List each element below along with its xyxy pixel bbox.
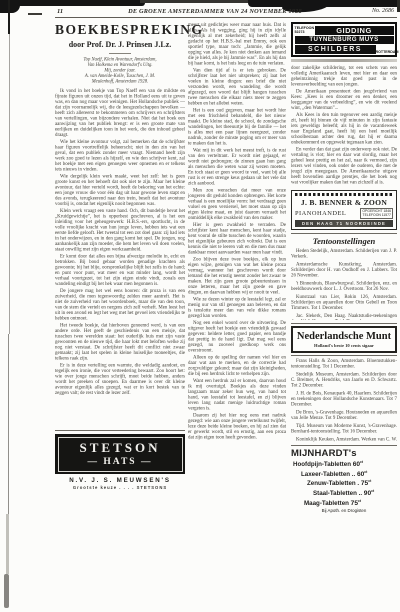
- exhibitions-heading: Tentoonstellingen: [291, 236, 397, 246]
- body-paragraph: Zoo blijven deze twee boekjes, elk op hu…: [188, 257, 286, 296]
- body-paragraph: Alleen op de spelling der namen viel hie…: [188, 355, 286, 377]
- section-rule: [291, 355, 397, 356]
- article-paragraph: Er komt door dat alles een bijna afwezig…: [55, 254, 185, 287]
- mijnhardt-product: Laxeer-Tabletten .. 60ct: [301, 469, 397, 479]
- mijnhardt-footer: Bij Apoth. en Drogisten: [291, 508, 397, 513]
- munt-subtitle: Holland's beste 10 cents sigaar: [294, 343, 394, 348]
- exhibition-item: Frans Halls & Zoon, Amsterdam. Bloemstuk…: [291, 358, 397, 369]
- issue-number: No. 2686: [372, 8, 394, 14]
- article-byline: door Prof. Dr. J. Prinsen J.Lz.: [55, 40, 185, 49]
- body-paragraph: Wie ze dezen winter op de leestafel legt…: [188, 297, 286, 319]
- section-rule: [291, 233, 397, 234]
- benner-title: J. B. BENNER & ZOON: [295, 198, 393, 207]
- exhibition-item: Jac. Slekerk, Den Haag. Naaktstudie-teek…: [291, 313, 397, 320]
- body-paragraph: Van dien tijd af is er iets gebroken. De…: [188, 68, 286, 107]
- product-name: Laxeer-Tabletten ..: [301, 471, 355, 478]
- byline-ornament: [109, 53, 131, 54]
- product-name: Zenuw-Tabletten .: [307, 480, 359, 487]
- column-middle: meest uit gedichtjes weer maar naar huis…: [188, 22, 286, 502]
- exhibitions-list-top: Heden Stedelijk, Amsterdam. Schilderijen…: [291, 248, 397, 320]
- stetson-tagline: Grootste keuze . . . . STETSONS: [55, 485, 185, 490]
- munt-title: Nederlandsche Munt: [294, 331, 394, 342]
- gidding-name: GIDDING: [315, 26, 394, 35]
- article-body: Ik vond in het boekje van Top Naeff een …: [55, 88, 185, 428]
- article-paragraph: Klein werk vraagt een vaste hand. Och, d…: [55, 208, 185, 252]
- munt-ad: Nederlandsche Munt Holland's beste 10 ce…: [291, 326, 397, 353]
- body-paragraph: meest uit gedichtjes weer maar naar huis…: [188, 22, 286, 66]
- scan-smudge: [291, 59, 397, 62]
- price-unit: ct: [364, 470, 367, 474]
- exhibition-item: De Bron, 's-Gravenhage. Houtsneden en aq…: [291, 410, 397, 421]
- body-paragraph: Hier is geen zwakheid te verraden. De sc…: [188, 222, 286, 255]
- page-edge-line: [9, 34, 10, 334]
- page-edge-blob-bottom: [4, 574, 9, 608]
- exhibition-item: Amsterdamsche Kunstkring, Amsterdam. Sch…: [291, 262, 397, 279]
- mijnhardt-title: MIJNHARDT's: [291, 448, 397, 459]
- book-reference: Meulenhoff, Amsterdam 1928.: [55, 79, 185, 85]
- gidding-trade: SCHILDERS: [295, 45, 376, 54]
- section-rule: [55, 430, 185, 431]
- body-paragraph: door zakelijke schildering, tot een sche…: [291, 65, 397, 87]
- gidding-city: ROTTERDAM: [376, 50, 394, 54]
- book-list: Top Naeff, Klein Avontuur, Amsterdam, Va…: [55, 57, 185, 85]
- exhibition-item: Koninklijk Keuken, Amsterdam. Werken van…: [291, 437, 397, 443]
- newspaper-page: 11 DE GROENE AMSTERDAMMER VAN 24 NOVEMBE…: [0, 0, 400, 612]
- stetson-hats-line: — HATS —: [59, 457, 182, 467]
- article-paragraph: Wie het kleine avontuur volgt, zal bemer…: [55, 139, 185, 172]
- header-rule: [55, 17, 397, 18]
- exhibition-item: J. H. de Bois, Kenaupark 40, Haarlem. Sc…: [291, 391, 397, 408]
- column-right: TELEFOON 52273 GIDDING TUYNENBURG MUYS S…: [291, 22, 397, 513]
- mijnhardt-product: Maag-Tabletten 75ct: [304, 498, 397, 508]
- masthead-title: DE GROENE AMSTERDAMMER VAN 24 NOVEMBER 1…: [40, 8, 390, 15]
- stetson-brand: STETSON: [59, 440, 182, 456]
- product-name: Hoofdpijn-Tabletten: [293, 461, 351, 468]
- exhibition-item: Tijd. Museum van Moderne Kunst, 's-Grave…: [291, 423, 397, 434]
- corner-mark-left: [0, 0, 20, 13]
- body-paragraph: Als Kees in den tuin tegenover een aardi…: [291, 112, 397, 145]
- exhibitions-list-bottom: Frans Halls & Zoon, Amsterdam. Bloemstuk…: [291, 358, 397, 442]
- body-paragraph: Men zou wenschen dat meer van onze jonge…: [188, 188, 286, 221]
- torn-edge-middle: [140, 0, 250, 3]
- mijnhardt-ad: MIJNHARDT's Hoofdpijn-Tabletten 60ct Lax…: [291, 448, 397, 513]
- product-price: 75: [351, 500, 358, 507]
- page-edge-line-lower: [8, 334, 9, 514]
- gidding-telephone: TELEFOON 52273: [295, 26, 315, 35]
- right-column-body: door zakelijke schildering, tot een sche…: [291, 65, 397, 187]
- price-unit: ct: [358, 499, 361, 503]
- article-title: BOEKBESPREKING: [55, 22, 185, 38]
- exhibition-item: Stedelijk Museum, Amsterdam. Schilderije…: [291, 372, 397, 389]
- exhibition-item: Heden Stedelijk, Amsterdam. Schilderijen…: [291, 248, 397, 259]
- body-paragraph: En verder dan dat gaat zijn onderwerp oo…: [291, 146, 397, 185]
- mijnhardt-product: Zenuw-Tabletten . 75ct: [307, 478, 397, 488]
- article-paragraph: Het tweede boekje, dat hierboven genoemd…: [55, 323, 185, 362]
- product-name: Maag-Tabletten: [304, 500, 349, 507]
- benner-address: DEN HAAG 71 NOORDEINDE: [295, 220, 393, 227]
- body-paragraph: Want een herdruk zal er komen, daarvan h…: [188, 378, 286, 411]
- exhibition-item: Kunstzaal van Lier, Rokin 126, Amsterdam…: [291, 294, 397, 311]
- benner-ad: J. B. BENNER & ZOON PIANOHANDEL OPGERICH…: [291, 190, 397, 231]
- article-paragraph: Ik vond in het boekje van Top Naeff een …: [55, 88, 185, 138]
- article-paragraph: Wie dergelijk klein werk maakt, weet het…: [55, 174, 185, 207]
- price-unit: ct: [371, 489, 374, 493]
- article-paragraph: Er is in deze vertelling een warmte, die…: [55, 363, 185, 396]
- price-unit: ct: [368, 479, 371, 483]
- product-name: Staal-Tabletten ..: [313, 490, 362, 497]
- stetson-ad-box: STETSON — HATS —: [55, 434, 185, 474]
- exhibition-item: 't Binnenhuis, Blauwburgwal. Schilderije…: [291, 281, 397, 292]
- stetson-ad: STETSON — HATS — N.V. J. S. MEUWSEN'S Gr…: [55, 434, 185, 490]
- mijnhardt-product: Staal-Tabletten .. 90ct: [313, 488, 397, 498]
- page-edge-smear: [6, 514, 9, 574]
- mijnhardt-product: Hoofdpijn-Tabletten 60ct: [293, 459, 397, 469]
- body-paragraph: Nog een enkel woord over de uitvoering. …: [188, 320, 286, 353]
- benner-side-line: TELEFOON 11577: [363, 213, 391, 217]
- benner-trade: PIANOHANDEL: [295, 210, 346, 217]
- gidding-partners: TUYNENBURG MUYS: [295, 36, 394, 44]
- body-paragraph: Wat mij in dit werk het meest treft, is …: [188, 148, 286, 187]
- price-unit: ct: [360, 460, 363, 464]
- body-paragraph: Daarom zij het hier nog eens met nadruk …: [188, 413, 286, 441]
- middle-column-body: meest uit gedichtjes weer maar naar huis…: [188, 22, 286, 502]
- body-paragraph: Het is een oud gegeven, maar het wordt h…: [188, 108, 286, 147]
- page-edge-line-top: [8, 0, 10, 34]
- article-paragraph: De jongere mag het wel eens hooren: dit …: [55, 288, 185, 321]
- torn-edge-left: [0, 0, 145, 6]
- section-rule: [291, 445, 397, 446]
- body-paragraph: De Amerikaan presenteert den jeugdvriend…: [291, 88, 397, 110]
- gidding-ad: TELEFOON 52273 GIDDING TUYNENBURG MUYS S…: [291, 22, 397, 57]
- benner-ornament-border: [295, 193, 393, 196]
- stetson-company: N.V. J. S. MEUWSEN'S: [55, 477, 185, 484]
- column-left: BOEKBESPREKING door Prof. Dr. J. Prinsen…: [55, 22, 185, 490]
- section-rule: [291, 323, 397, 324]
- product-price: 60: [353, 461, 360, 468]
